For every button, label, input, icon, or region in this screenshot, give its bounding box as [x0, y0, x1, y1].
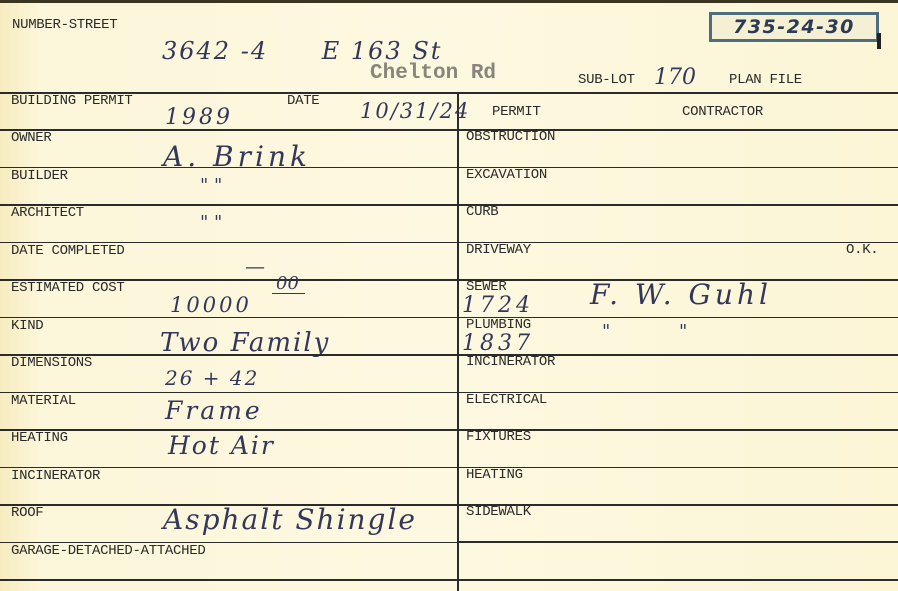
row-rule [0, 129, 457, 131]
street-name: E 163 St [322, 37, 443, 65]
field-value: 26 + 42 [165, 368, 259, 388]
permit-type-label: SEWER [466, 280, 507, 294]
date-label: DATE [287, 94, 319, 108]
field-value: Hot Air [168, 433, 275, 458]
cost-cents: 00 [272, 275, 305, 294]
file-number: 735-24-30 [733, 16, 855, 38]
field-label: ARCHITECT [11, 206, 84, 220]
number-street-value: 3642 -4 E 163 St [162, 39, 442, 63]
plan-file-label: PLAN FILE [729, 73, 802, 87]
field-label: HEATING [11, 431, 68, 445]
driveway-note: O.K. [846, 243, 878, 257]
row-rule [457, 204, 898, 206]
field-label: MATERIAL [11, 394, 76, 408]
permit-card: 735-24-30 NUMBER-STREET 3642 -4 E 163 St… [0, 0, 898, 591]
renamed-street-stamp: Chelton Rd [370, 63, 496, 84]
field-label: OWNER [11, 131, 52, 145]
permit-number: 1837 [462, 333, 534, 355]
sub-lot-label: SUB-LOT [578, 73, 635, 87]
field-value: " " [200, 214, 222, 232]
building-permit-value: 1989 [165, 107, 233, 129]
permit-type-label: HEATING [466, 468, 523, 482]
sub-lot-value: 170 [654, 67, 696, 89]
row-rule [0, 167, 457, 169]
permit-type-label: ELECTRICAL [466, 393, 547, 407]
permit-type-label: SIDEWALK [466, 505, 531, 519]
date-value: 10/31/24 [360, 101, 470, 122]
field-label: GARAGE-DETACHED-ATTACHED [11, 544, 205, 558]
permit-column-header: PERMIT [492, 105, 541, 119]
permit-number: 1724 [462, 295, 534, 317]
stamp-mark [877, 33, 881, 49]
building-permit-label: BUILDING PERMIT [11, 94, 133, 108]
field-value: Two Family [160, 330, 330, 356]
permit-type-label: OBSTRUCTION [466, 130, 555, 144]
contractor-name: " " [602, 323, 687, 341]
field-label: ESTIMATED COST [11, 281, 124, 295]
field-value: — [245, 256, 265, 276]
field-value: Frame [165, 398, 263, 423]
row-rule [457, 467, 898, 469]
permit-type-label: DRIVEWAY [466, 243, 531, 257]
right-blank-rule [457, 541, 898, 543]
number-street-label: NUMBER-STREET [12, 18, 117, 32]
field-label: BUILDER [11, 169, 68, 183]
field-value: Asphalt Shingle [163, 506, 417, 534]
file-number-stamp: 735-24-30 [709, 12, 879, 42]
contractor-name: F. W. Guhl [590, 281, 772, 309]
field-value: " " [200, 177, 222, 195]
field-label: KIND [11, 319, 43, 333]
permit-type-label: INCINERATOR [466, 355, 555, 369]
bottom-rule [0, 579, 898, 581]
permit-type-label: PLUMBING [466, 318, 531, 332]
row-rule [0, 317, 457, 319]
field-label: DIMENSIONS [11, 356, 92, 370]
permit-type-label: FIXTURES [466, 430, 531, 444]
field-label: INCINERATOR [11, 469, 100, 483]
field-value: 10000 [170, 295, 252, 316]
permit-type-label: CURB [466, 205, 498, 219]
permit-type-label: EXCAVATION [466, 168, 547, 182]
street-number: 3642 -4 [162, 37, 268, 65]
contractor-column-header: CONTRACTOR [682, 105, 763, 119]
field-label: DATE COMPLETED [11, 244, 124, 258]
field-label: ROOF [11, 506, 43, 520]
header-rule [0, 92, 898, 94]
